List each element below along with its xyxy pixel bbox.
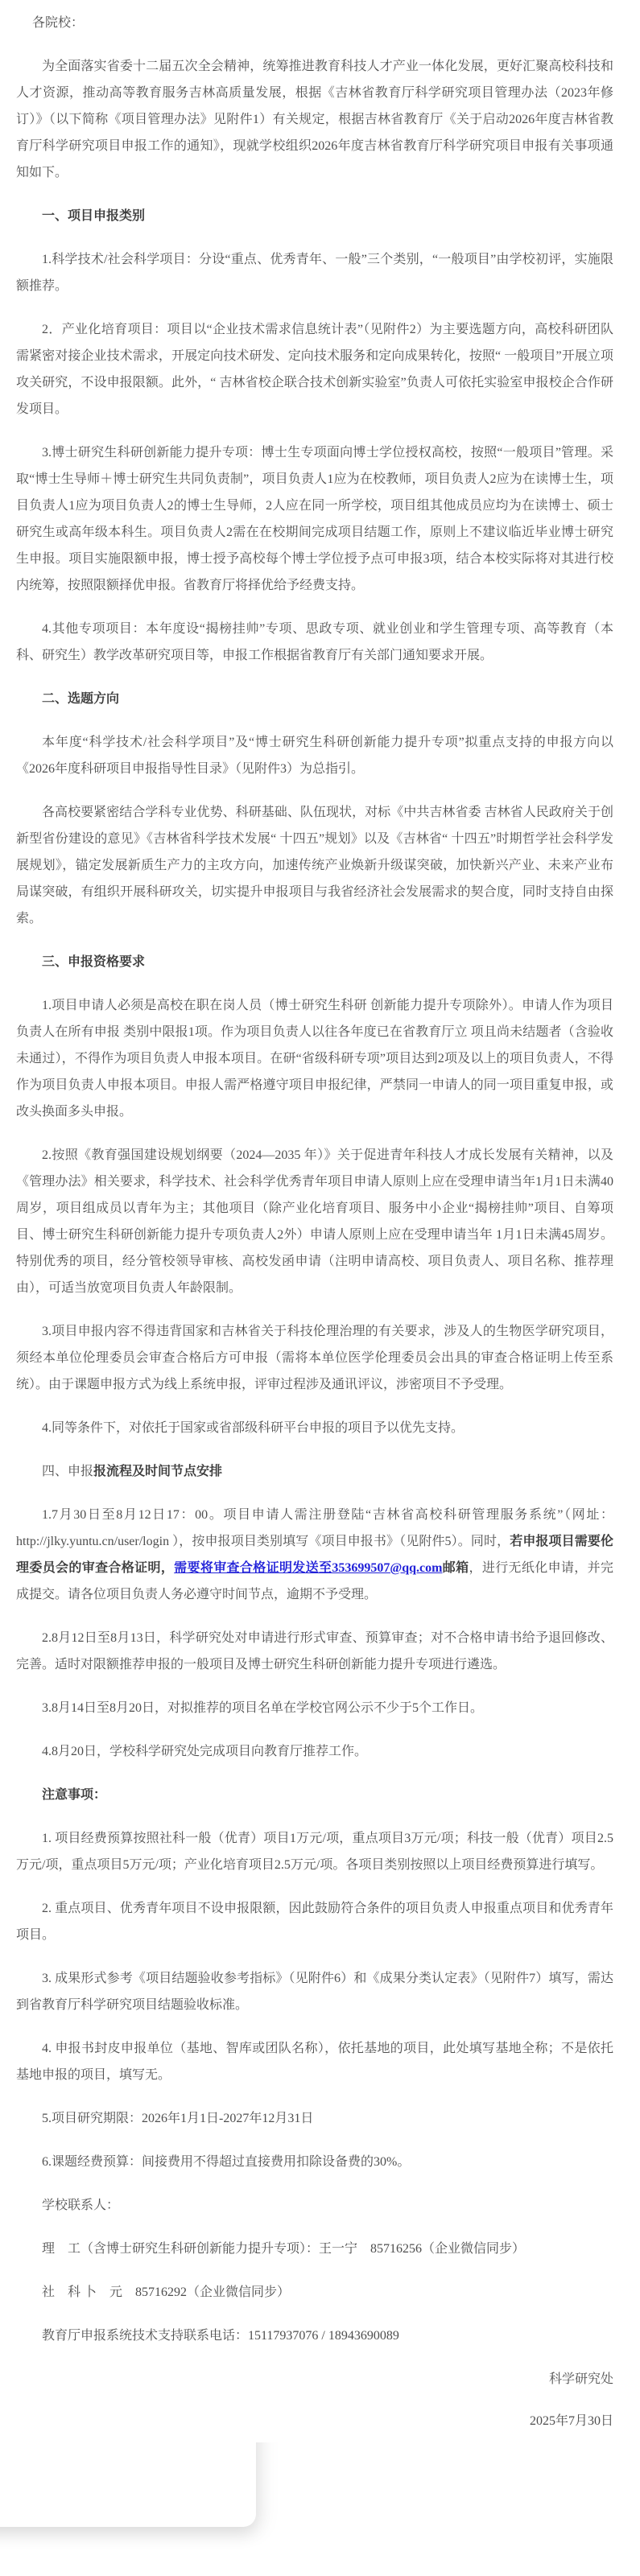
- paragraph: 5.项目研究期限：2026年1月1日-2027年12月31日: [16, 2105, 613, 2132]
- text-run: 2. 重点项目、优秀青年项目不设申报限额，因此鼓励符合条件的项目负责人申报重点项…: [16, 1902, 613, 1942]
- text-run: 2．产业化培育项目：项目以“企业技术需求信息统计表”（见附件2）为主要选题方向，…: [16, 323, 613, 416]
- paragraph: 2．产业化培育项目：项目以“企业技术需求信息统计表”（见附件2）为主要选题方向，…: [16, 316, 613, 422]
- notice-page: 各院校：为全面落实省委十二届五次全会精神，统筹推进教育科技人才产业一体化发展，更…: [0, 0, 640, 2576]
- text-run: 5.项目研究期限：2026年1月1日-2027年12月31日: [42, 2112, 313, 2125]
- text-run: 理 工（含博士研究生科研创新能力提升专项）：王一宁 85716256（企业微信同…: [42, 2242, 525, 2256]
- heading-text: 报流程及时间节点安排: [93, 1465, 222, 1478]
- section-heading: 注意事项：: [16, 1782, 613, 1808]
- text-run: 2.按照《教育强国建设规划纲要（2024—2035 年）》关于促进青年科技人才成…: [16, 1148, 613, 1295]
- paragraph: 3.8月14日至8月20日，对拟推荐的项目名单在学校官网公示不少于5个工作日。: [16, 1695, 613, 1721]
- text-run: 4.8月20日，学校科学研究处完成项目向教育厅推荐工作。: [42, 1745, 367, 1758]
- paragraph: 教育厅申报系统技术支持联系电话：15117937076 / 1894369008…: [16, 2323, 613, 2349]
- paragraph: 3. 成果形式参考《项目结题验收参考指标》（见附件6）和《成果分类认定表》（见附…: [16, 1965, 613, 2018]
- heading-text: 二、选题方向: [42, 692, 119, 706]
- heading-text: 三、申报资格要求: [42, 955, 145, 969]
- paragraph: 4.其他专项项目：本年度设“揭榜挂帅”专项、思政专项、就业创业和学生管理专项、高…: [16, 616, 613, 669]
- signature-line: 科学研究处: [16, 2366, 613, 2393]
- section-heading: 一、项目申报类别: [16, 203, 613, 229]
- paragraph: 2.8月12日至8月13日，科学研究处对申请进行形式审查、预算审查；对不合格申请…: [16, 1625, 613, 1678]
- paragraph: 1. 项目经费预算按照社科一般（优青）项目1万元/项，重点项目3万元/项；科技一…: [16, 1825, 613, 1878]
- text-run: 1.项目申请人必须是高校在职在岗人员（博士研究生科研 创新能力提升专项除外）。申…: [16, 999, 613, 1119]
- paragraph: 4.同等条件下，对依托于国家或省部级科研平台申报的项目予以优先支持。: [16, 1415, 613, 1441]
- text-run: 4.同等条件下，对依托于国家或省部级科研平台申报的项目予以优先支持。: [42, 1421, 464, 1435]
- paragraph: 2.按照《教育强国建设规划纲要（2024—2035 年）》关于促进青年科技人才成…: [16, 1142, 613, 1301]
- paragraph: 3.博士研究生科研创新能力提升专项：博士生专项面向博士学位授权高校，按照“一般项…: [16, 439, 613, 599]
- paragraph: 本年度“科学技术/社会科学项目”及“博士研究生科研创新能力提升专项”拟重点支持的…: [16, 729, 613, 782]
- text-run: 3.项目申报内容不得违背国家和吉林省关于科技伦理治理的有关要求，涉及人的生物医学…: [16, 1325, 613, 1391]
- text-run: 3.8月14日至8月20日，对拟推荐的项目名单在学校官网公示不少于5个工作日。: [42, 1701, 483, 1715]
- paragraph: 4. 申报书封皮申报单位（基地、智库或团队名称），依托基地的项目，此处填写基地全…: [16, 2035, 613, 2088]
- paragraph: 6.课题经费预算：间接费用不得超过直接费用扣除设备费的30%。: [16, 2149, 613, 2175]
- heading-text: 四、申报: [42, 1465, 93, 1478]
- text-run: 各院校：: [32, 16, 84, 30]
- section-heading: 三、申报资格要求: [16, 949, 613, 975]
- paragraph: 1.7月30日至8月12日17：00。项目申请人需注册登陆“吉林省高校科研管理服…: [16, 1502, 613, 1608]
- salutation: 各院校：: [16, 10, 613, 36]
- paragraph: 3.项目申报内容不得违背国家和吉林省关于科技伦理治理的有关要求，涉及人的生物医学…: [16, 1318, 613, 1398]
- document-body: 各院校：为全面落实省委十二届五次全会精神，统筹推进教育科技人才产业一体化发展，更…: [0, 0, 640, 2474]
- text-run: 为全面落实省委十二届五次全会精神，统筹推进教育科技人才产业一体化发展，更好汇聚高…: [16, 60, 613, 179]
- text-run: 3. 成果形式参考《项目结题验收参考指标》（见附件6）和《成果分类认定表》（见附…: [16, 1972, 613, 2012]
- paragraph: 2. 重点项目、优秀青年项目不设申报限额，因此鼓励符合条件的项目负责人申报重点项…: [16, 1895, 613, 1948]
- text-run: 各高校要紧密结合学科专业优势、科研基础、队伍现状，对标《中共吉林省委 吉林省人民…: [16, 806, 613, 925]
- text-run: 邮箱: [442, 1561, 469, 1575]
- text-run: 3.博士研究生科研创新能力提升专项：博士生专项面向博士学位授权高校，按照“一般项…: [16, 446, 613, 592]
- text-run: 本年度“科学技术/社会科学项目”及“博士研究生科研创新能力提升专项”拟重点支持的…: [16, 736, 613, 776]
- text-run: 教育厅申报系统技术支持联系电话：15117937076 / 1894369008…: [42, 2329, 399, 2343]
- text-run: 科学研究处: [549, 2372, 613, 2386]
- paragraph: 各高校要紧密结合学科专业优势、科研基础、队伍现状，对标《中共吉林省委 吉林省人民…: [16, 799, 613, 932]
- heading-text: 注意事项：: [42, 1788, 106, 1802]
- text-run: 1. 项目经费预算按照社科一般（优青）项目1万元/项，重点项目3万元/项；科技一…: [16, 1832, 613, 1872]
- text-run: 社 科 卜 元 85716292（企业微信同步）: [42, 2285, 290, 2299]
- text-run: 4. 申报书封皮申报单位（基地、智库或团队名称），依托基地的项目，此处填写基地全…: [16, 2042, 613, 2082]
- paragraph: 1.项目申请人必须是高校在职在岗人员（博士研究生科研 创新能力提升专项除外）。申…: [16, 992, 613, 1125]
- paragraph: 4.8月20日，学校科学研究处完成项目向教育厅推荐工作。: [16, 1738, 613, 1765]
- paragraph: 学校联系人：: [16, 2192, 613, 2219]
- paragraph: 1.科学技术/社会科学项目：分设“重点、优秀青年、一般”三个类别，“一般项目”由…: [16, 246, 613, 299]
- paragraph: 为全面落实省委十二届五次全会精神，统筹推进教育科技人才产业一体化发展，更好汇聚高…: [16, 53, 613, 186]
- paragraph: 社 科 卜 元 85716292（企业微信同步）: [16, 2279, 613, 2306]
- ethics-proof-email-link[interactable]: 需要将审查合格证明发送至353699507@qq.com: [174, 1561, 442, 1575]
- text-run: 1.科学技术/社会科学项目：分设“重点、优秀青年、一般”三个类别，“一般项目”由…: [16, 253, 613, 293]
- section-heading: 二、选题方向: [16, 686, 613, 712]
- text-run: 6.课题经费预算：间接费用不得超过直接费用扣除设备费的30%。: [42, 2155, 410, 2169]
- text-run: 2025年7月30日: [530, 2414, 613, 2428]
- text-run: 2.8月12日至8月13日，科学研究处对申请进行形式审查、预算审查；对不合格申请…: [16, 1631, 613, 1671]
- section-heading: 四、申报报流程及时间节点安排: [16, 1458, 613, 1485]
- text-run: 学校联系人：: [42, 2199, 119, 2212]
- text-run: 4.其他专项项目：本年度设“揭榜挂帅”专项、思政专项、就业创业和学生管理专项、高…: [16, 622, 613, 662]
- signature-line: 2025年7月30日: [16, 2408, 613, 2434]
- paragraph: 理 工（含博士研究生科研创新能力提升专项）：王一宁 85716256（企业微信同…: [16, 2236, 613, 2262]
- heading-text: 一、项目申报类别: [42, 209, 145, 223]
